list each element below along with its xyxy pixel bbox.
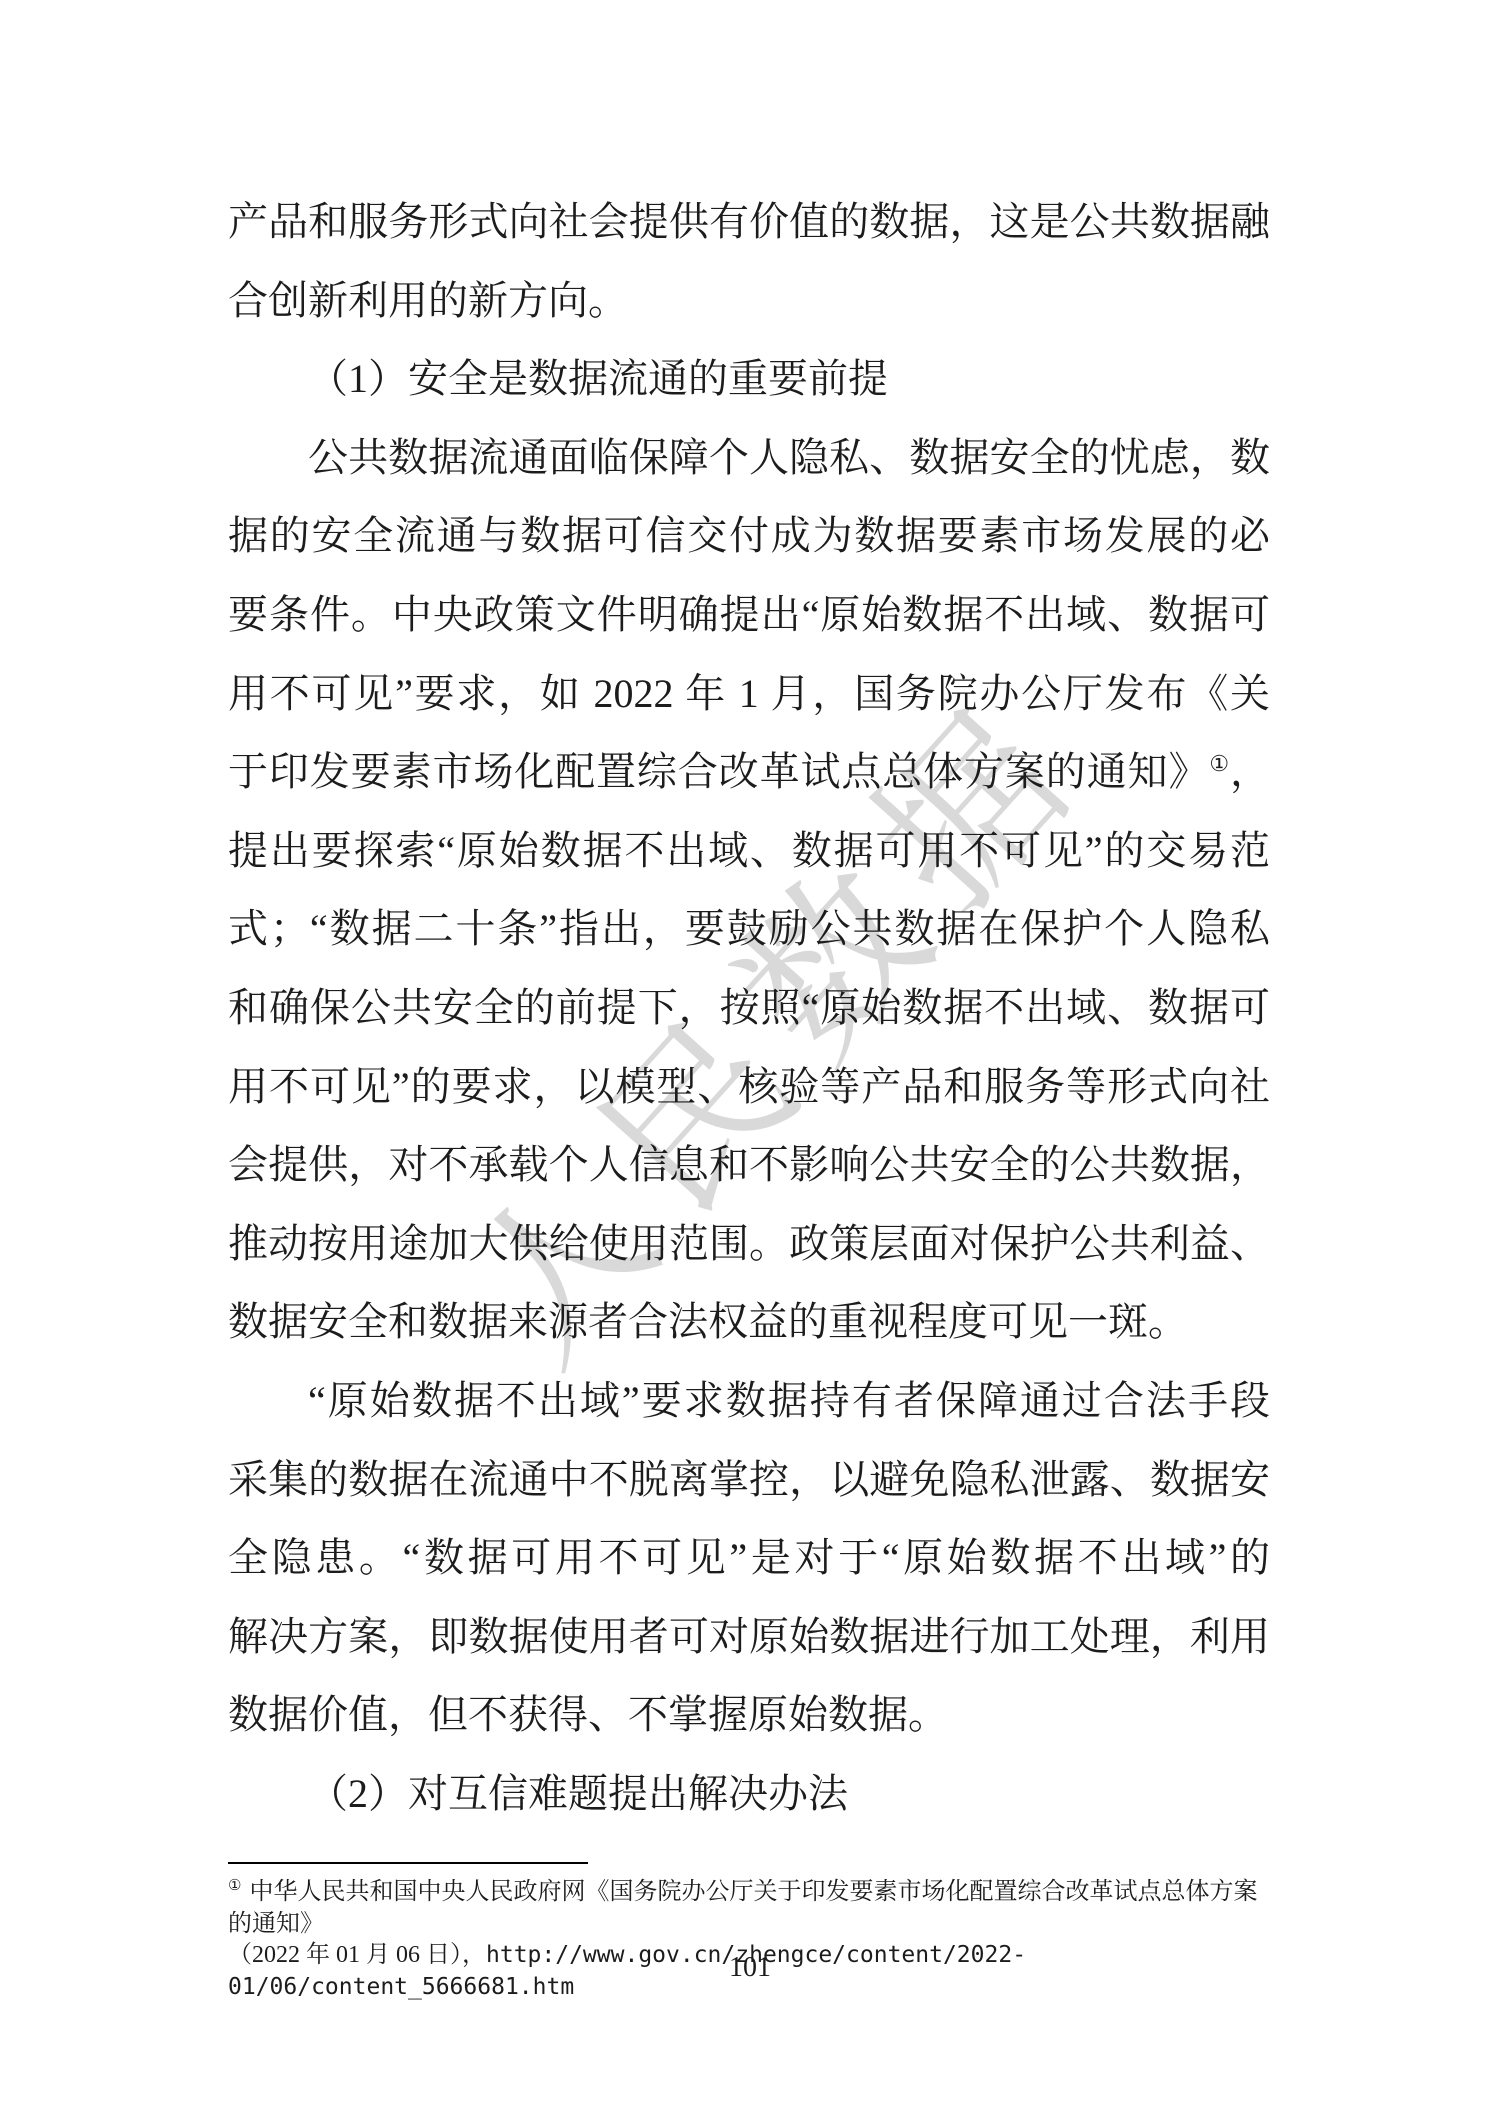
body-line: 式；“数据二十条”指出，要鼓励公共数据在保护个人隐私 (228, 890, 1270, 969)
body-text: 产品和服务形式向社会提供有价值的数据，这是公共数据融 合创新利用的新方向。 （1… (228, 183, 1270, 1833)
footnote-reference: ① (1209, 751, 1230, 776)
footnote-marker: ① (228, 1878, 241, 1894)
body-line: 公共数据流通面临保障个人隐私、数据安全的忧虑，数 (228, 419, 1270, 498)
body-line-text: 于印发要素市场化配置综合改革试点总体方案的通知》 (228, 749, 1209, 794)
section-heading-2: （2）对互信难题提出解决办法 (228, 1755, 1270, 1834)
body-line: 要条件。中央政策文件明确提出“原始数据不出域、数据可 (228, 576, 1270, 655)
body-line: 全隐患。“数据可用不可见”是对于“原始数据不出域”的 (228, 1519, 1270, 1598)
body-line: 采集的数据在流通中不脱离掌控，以避免隐私泄露、数据安 (228, 1441, 1270, 1520)
body-line: 用不可见”要求，如 2022 年 1 月，国务院办公厅发布《关 (228, 655, 1270, 734)
body-line: 据的安全流通与数据可信交付成为数据要素市场发展的必 (228, 497, 1270, 576)
body-line: 用不可见”的要求，以模型、核验等产品和服务等形式向社 (228, 1048, 1270, 1127)
section-heading-1: （1）安全是数据流通的重要前提 (228, 340, 1270, 419)
body-line: 数据安全和数据来源者合法权益的重视程度可见一斑。 (228, 1283, 1270, 1362)
page-number: 101 (0, 1952, 1500, 1984)
body-line: 和确保公共安全的前提下，按照“原始数据不出域、数据可 (228, 969, 1270, 1048)
body-line: 推动按用途加大供给使用范围。政策层面对保护公共利益、 (228, 1205, 1270, 1284)
body-line: 产品和服务形式向社会提供有价值的数据，这是公共数据融 (228, 183, 1270, 262)
body-line: 合创新利用的新方向。 (228, 262, 1270, 341)
body-line: “原始数据不出域”要求数据持有者保障通过合法手段 (228, 1362, 1270, 1441)
body-line: 数据价值，但不获得、不掌握原始数据。 (228, 1676, 1270, 1755)
body-line: 解决方案，即数据使用者可对原始数据进行加工处理，利用 (228, 1598, 1270, 1677)
body-line: 提出要探索“原始数据不出域、数据可用不可见”的交易范 (228, 812, 1270, 891)
body-line: 会提供，对不承载个人信息和不影响公共安全的公共数据， (228, 1126, 1270, 1205)
body-line: 于印发要素市场化配置综合改革试点总体方案的通知》①， (228, 733, 1270, 812)
footnote-text: 中华人民共和国中央人民政府网《国务院办公厅关于印发要素市场化配置综合改革试点总体… (228, 1879, 1257, 1937)
document-page: 人民数据 产品和服务形式向社会提供有价值的数据，这是公共数据融 合创新利用的新方… (0, 0, 1500, 2121)
body-line-text: ， (1230, 749, 1270, 794)
footnote-line-1: ①中华人民共和国中央人民政府网《国务院办公厅关于印发要素市场化配置综合改革试点总… (228, 1877, 1280, 1940)
footnote-divider (228, 1862, 588, 1864)
